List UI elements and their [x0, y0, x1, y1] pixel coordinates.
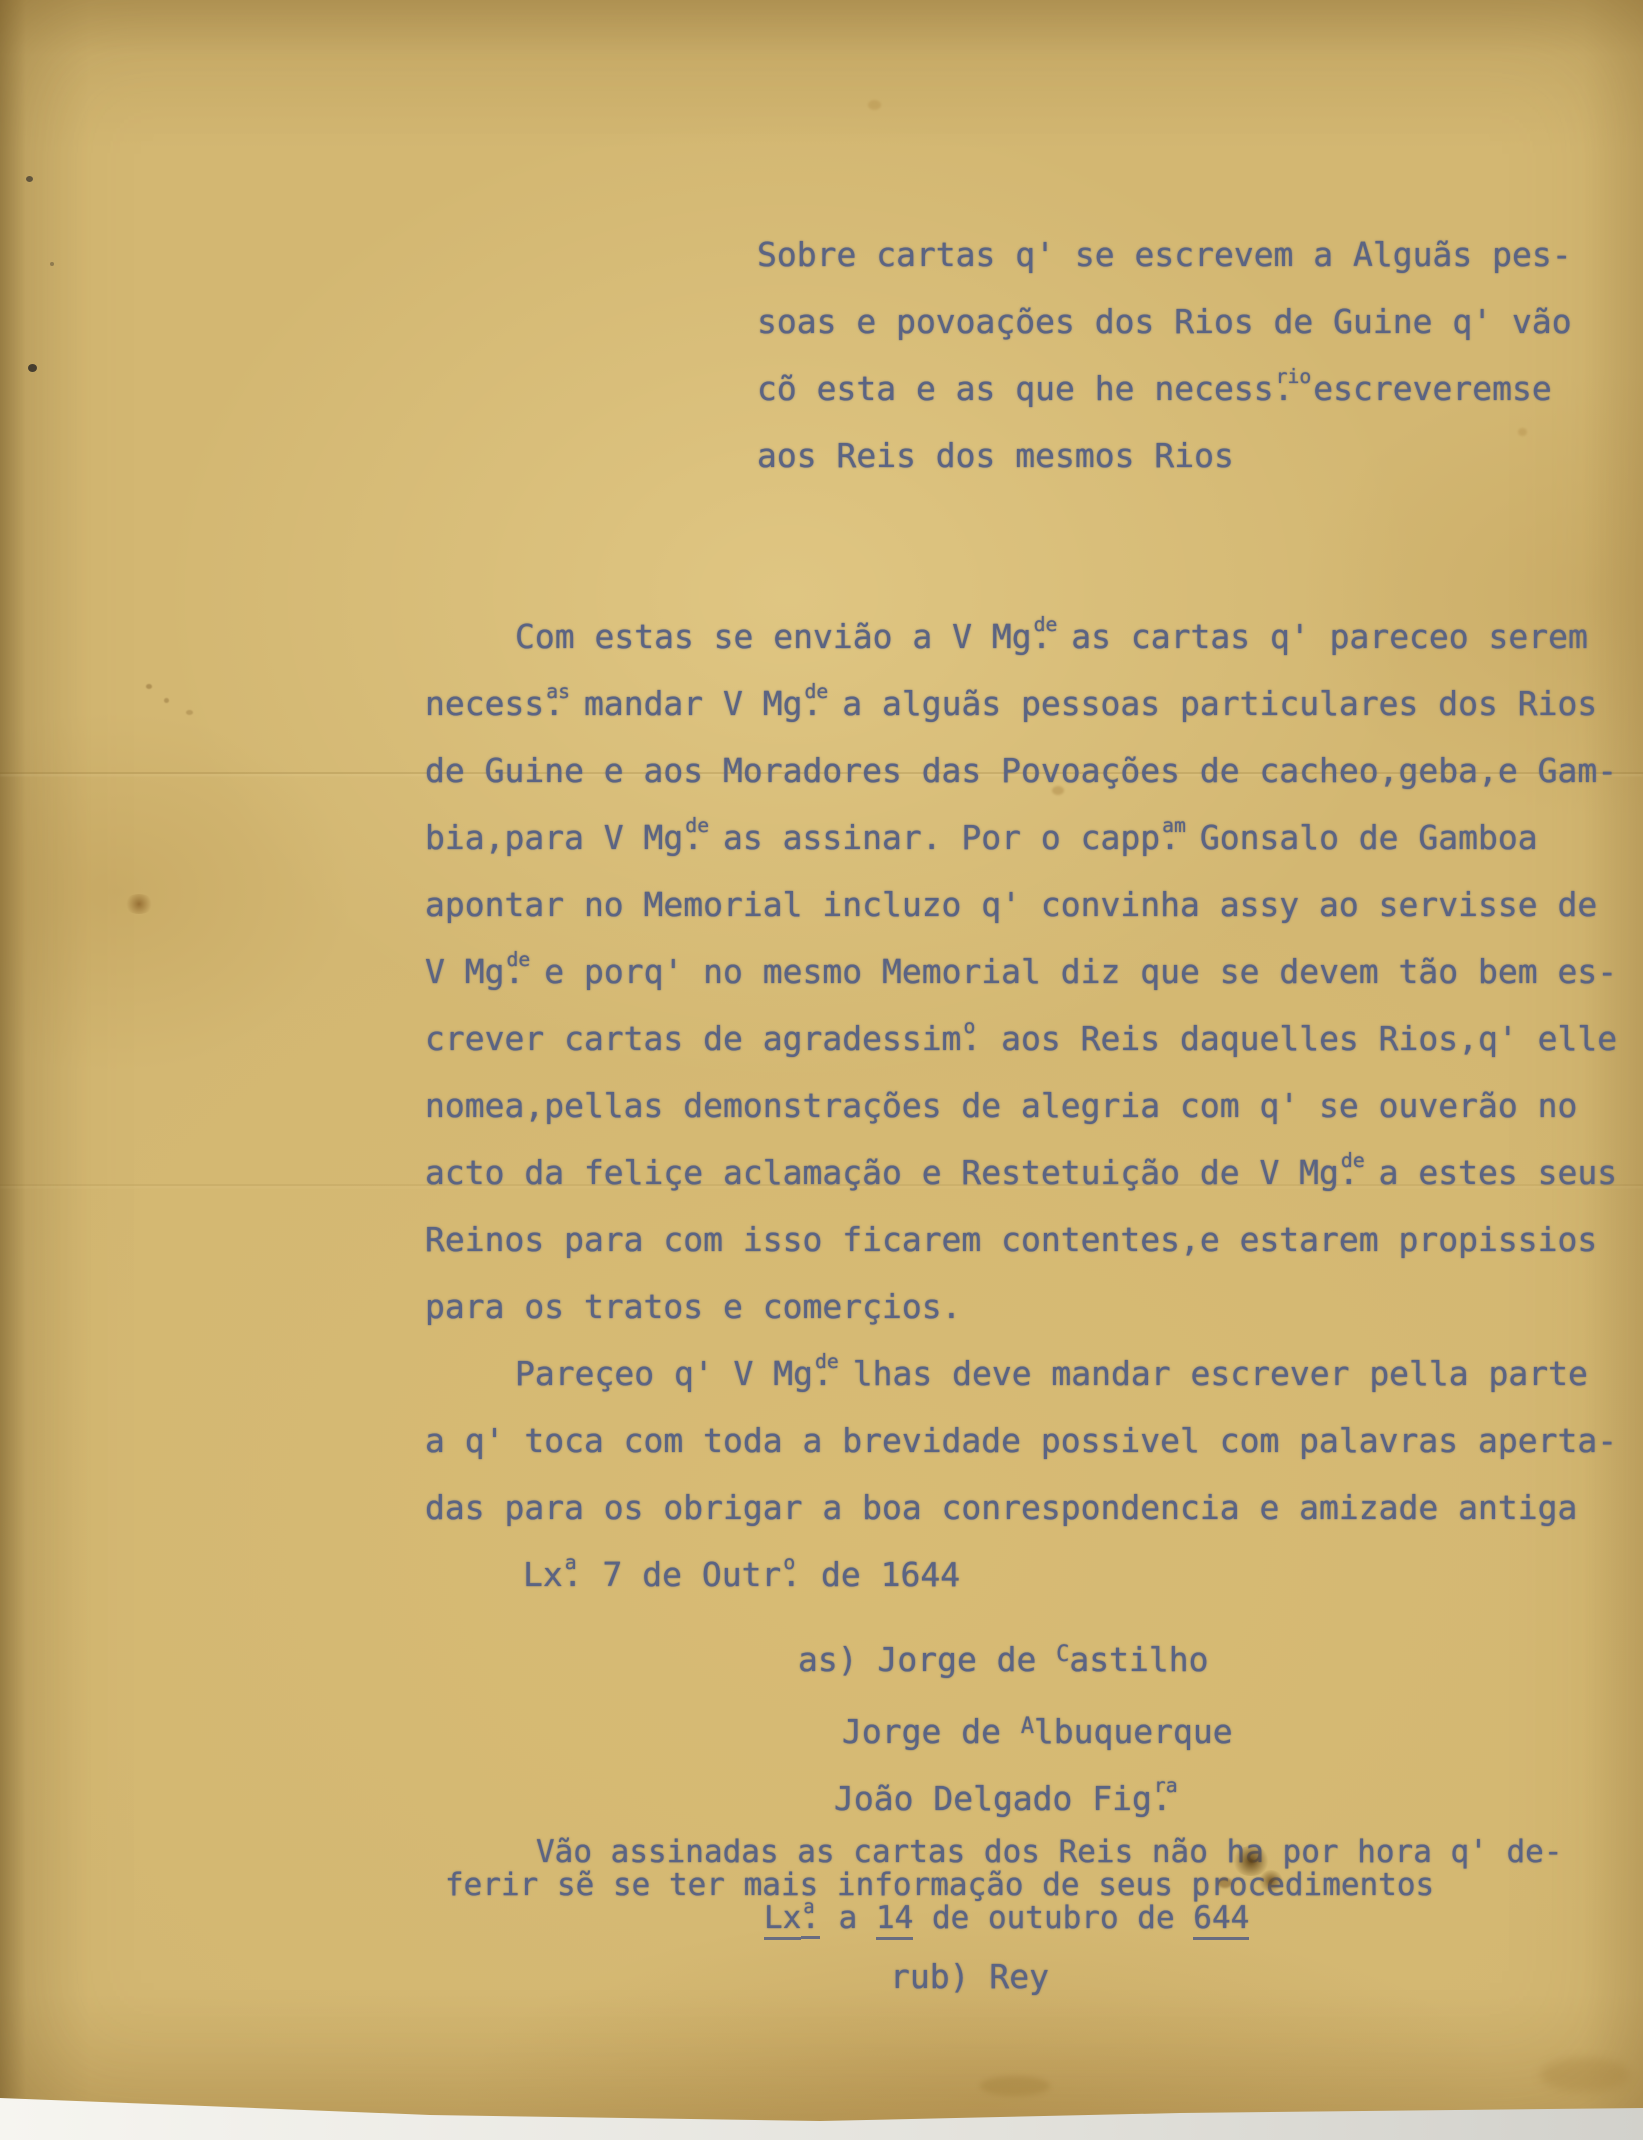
superscript-abbreviation: ra.	[1152, 1765, 1172, 1832]
text-segment: a estes seus	[1359, 1153, 1617, 1192]
text-line: das para os obrigar a boa conrespondenci…	[425, 1474, 1617, 1541]
text-line: bia,para V Mgde. as assinar. Por o cappa…	[425, 804, 1617, 871]
text-segment: Reinos para com isso ficarem contentes,e…	[425, 1220, 1597, 1259]
text-line: rub) Rey	[890, 1957, 1049, 1997]
text-segment: Pareçeo q' V Mg	[515, 1354, 813, 1393]
text-segment: soas e povoações dos Rios de Guine q' vã…	[757, 302, 1572, 341]
text-segment: a	[820, 1900, 876, 1936]
text-line: aos Reis dos mesmos Rios	[757, 422, 1572, 489]
text-segment: das para os obrigar a boa conrespondenci…	[425, 1488, 1577, 1527]
text-segment: de Guine e aos Moradores das Povoações d…	[425, 751, 1617, 790]
text-segment: lhas deve mandar escrever pella parte	[833, 1354, 1588, 1393]
royal-rubric: rub) Rey	[890, 1957, 1049, 1997]
text-line: a q' toca com toda a brevidade possivel …	[425, 1407, 1617, 1474]
stain	[28, 364, 37, 372]
superscript-abbreviation: de.	[683, 804, 703, 871]
text-segment: Lx	[764, 1900, 801, 1940]
text-segment: Gonsalo de Gamboa	[1180, 818, 1538, 857]
superscript-abbreviation: de.	[1032, 603, 1052, 670]
stain	[164, 698, 169, 703]
text-segment: ferir sẽ se ter mais informação de seus …	[445, 1867, 1434, 1903]
text-segment: de outubro de	[913, 1900, 1193, 1936]
text-line: João Delgado Figra.	[834, 1765, 1233, 1832]
stain	[124, 894, 154, 914]
stain	[146, 684, 152, 689]
text-line: de Guine e aos Moradores das Povoações d…	[425, 737, 1617, 804]
text-segment: as assinar. Por o capp	[703, 818, 1160, 857]
text-line: apontar no Memorial incluzo q' convinha …	[425, 871, 1617, 938]
text-segment: lbuquerque	[1034, 1712, 1233, 1751]
text-line: soas e povoações dos Rios de Guine q' vã…	[757, 288, 1572, 355]
superscript-abbreviation: am.	[1160, 804, 1180, 871]
date-line: Lxa. 7 de Outro. de 1644	[523, 1541, 960, 1608]
superscript-abbreviation: rio.	[1274, 355, 1294, 422]
text-segment: Sobre cartas q' se escrevem a Alguãs pes…	[757, 235, 1572, 274]
superscript-abbreviation: o.	[961, 1005, 981, 1072]
text-line: Com estas se envião a V Mgde. as cartas …	[425, 603, 1617, 670]
raised-letter: A	[1021, 1714, 1034, 1739]
text-segment: rub) Rey	[890, 1957, 1049, 1996]
superscript-abbreviation: de.	[803, 670, 823, 737]
document-page: Sobre cartas q' se escrevem a Alguãs pes…	[0, 0, 1643, 2124]
superscript-abbreviation: de.	[1339, 1139, 1359, 1206]
text-line: Reinos para com isso ficarem contentes,e…	[425, 1206, 1617, 1273]
text-line: ferir sẽ se ter mais informação de seus …	[445, 1869, 1563, 1902]
text-segment: as) Jorge de	[798, 1640, 1056, 1679]
document-heading: Sobre cartas q' se escrevem a Alguãs pes…	[757, 221, 1572, 489]
text-segment: aos Reis dos mesmos Rios	[757, 436, 1234, 475]
superscript-abbreviation: de.	[813, 1340, 833, 1407]
superscript-abbreviation: de.	[504, 938, 524, 1005]
text-segment: 14	[876, 1900, 913, 1940]
superscript-abbreviation: a.	[563, 1541, 583, 1608]
text-segment: Jorge de	[842, 1712, 1021, 1751]
text-segment: a alguãs pessoas particulares dos Rios	[822, 684, 1597, 723]
text-segment: Vão assinadas as cartas dos Reis não ha …	[536, 1834, 1563, 1870]
text-segment: necess	[425, 684, 544, 723]
text-segment: 7 de Outr	[583, 1555, 782, 1594]
signatures: as) Jorge de CastilhoJorge de Albuquerqu…	[798, 1621, 1233, 1832]
text-segment: escreveremse	[1293, 369, 1551, 408]
text-line: Vão assinadas as cartas dos Reis não ha …	[536, 1836, 1563, 1869]
text-segment: Com estas se envião a V Mg	[515, 617, 1032, 656]
text-segment: bia,para V Mg	[425, 818, 683, 857]
text-segment: nomea,pellas demonstrações de alegria co…	[425, 1086, 1577, 1125]
text-line: necessas. mandar V Mgde. a alguãs pessoa…	[425, 670, 1617, 737]
text-segment: cõ esta e as que he necess	[757, 369, 1274, 408]
raised-letter: C	[1056, 1642, 1069, 1667]
text-segment: 644	[1193, 1900, 1249, 1940]
text-segment: João Delgado Fig	[834, 1779, 1152, 1818]
stain	[50, 262, 54, 266]
stain	[186, 710, 193, 715]
text-segment: apontar no Memorial incluzo q' convinha …	[425, 885, 1597, 924]
text-line: Pareçeo q' V Mgde. lhas deve mandar escr…	[425, 1340, 1617, 1407]
secretary-note: Vão assinadas as cartas dos Reis não ha …	[445, 1836, 1563, 1939]
superscript-abbreviation: as.	[544, 670, 564, 737]
stain	[26, 176, 33, 182]
text-segment: a q' toca com toda a brevidade possivel …	[425, 1421, 1617, 1460]
text-line: Lxa. a 14 de outubro de 644	[764, 1902, 1563, 1939]
superscript-abbreviation: o.	[781, 1541, 801, 1608]
stain	[868, 100, 881, 110]
text-segment: para os tratos e comerçios.	[425, 1287, 961, 1326]
document-body: Com estas se envião a V Mgde. as cartas …	[425, 603, 1617, 1541]
stain	[1540, 2058, 1630, 2092]
text-line: para os tratos e comerçios.	[425, 1273, 1617, 1340]
text-segment: de 1644	[801, 1555, 960, 1594]
text-segment: e porq' no mesmo Memorial diz que se dev…	[524, 952, 1617, 991]
text-segment: aos Reis daquelles Rios,q' elle	[981, 1019, 1617, 1058]
text-line: Lxa. 7 de Outro. de 1644	[523, 1541, 960, 1608]
text-line: Sobre cartas q' se escrevem a Alguãs pes…	[757, 221, 1572, 288]
text-segment: crever cartas de agradessim	[425, 1019, 961, 1058]
text-line: nomea,pellas demonstrações de alegria co…	[425, 1072, 1617, 1139]
scanned-document-screenshot: { "colors":{"paper":"#d3b772","ink":"#5b…	[0, 0, 1643, 2140]
superscript-abbreviation: a.	[801, 1902, 820, 1939]
text-segment: astilho	[1069, 1640, 1208, 1679]
text-segment: V Mg	[425, 952, 504, 991]
text-segment: acto da feliçe aclamação e Restetuição d…	[425, 1153, 1339, 1192]
stain	[980, 2076, 1050, 2096]
text-line: crever cartas de agradessimo. aos Reis d…	[425, 1005, 1617, 1072]
text-line: acto da feliçe aclamação e Restetuição d…	[425, 1139, 1617, 1206]
text-segment: Lx	[523, 1555, 563, 1594]
text-segment: as cartas q' pareceo serem	[1051, 617, 1587, 656]
text-line: as) Jorge de Castilho	[798, 1621, 1233, 1693]
text-line: V Mgde. e porq' no mesmo Memorial diz qu…	[425, 938, 1617, 1005]
text-line: cõ esta e as que he necessrio. escrevere…	[757, 355, 1572, 422]
text-segment: mandar V Mg	[564, 684, 802, 723]
